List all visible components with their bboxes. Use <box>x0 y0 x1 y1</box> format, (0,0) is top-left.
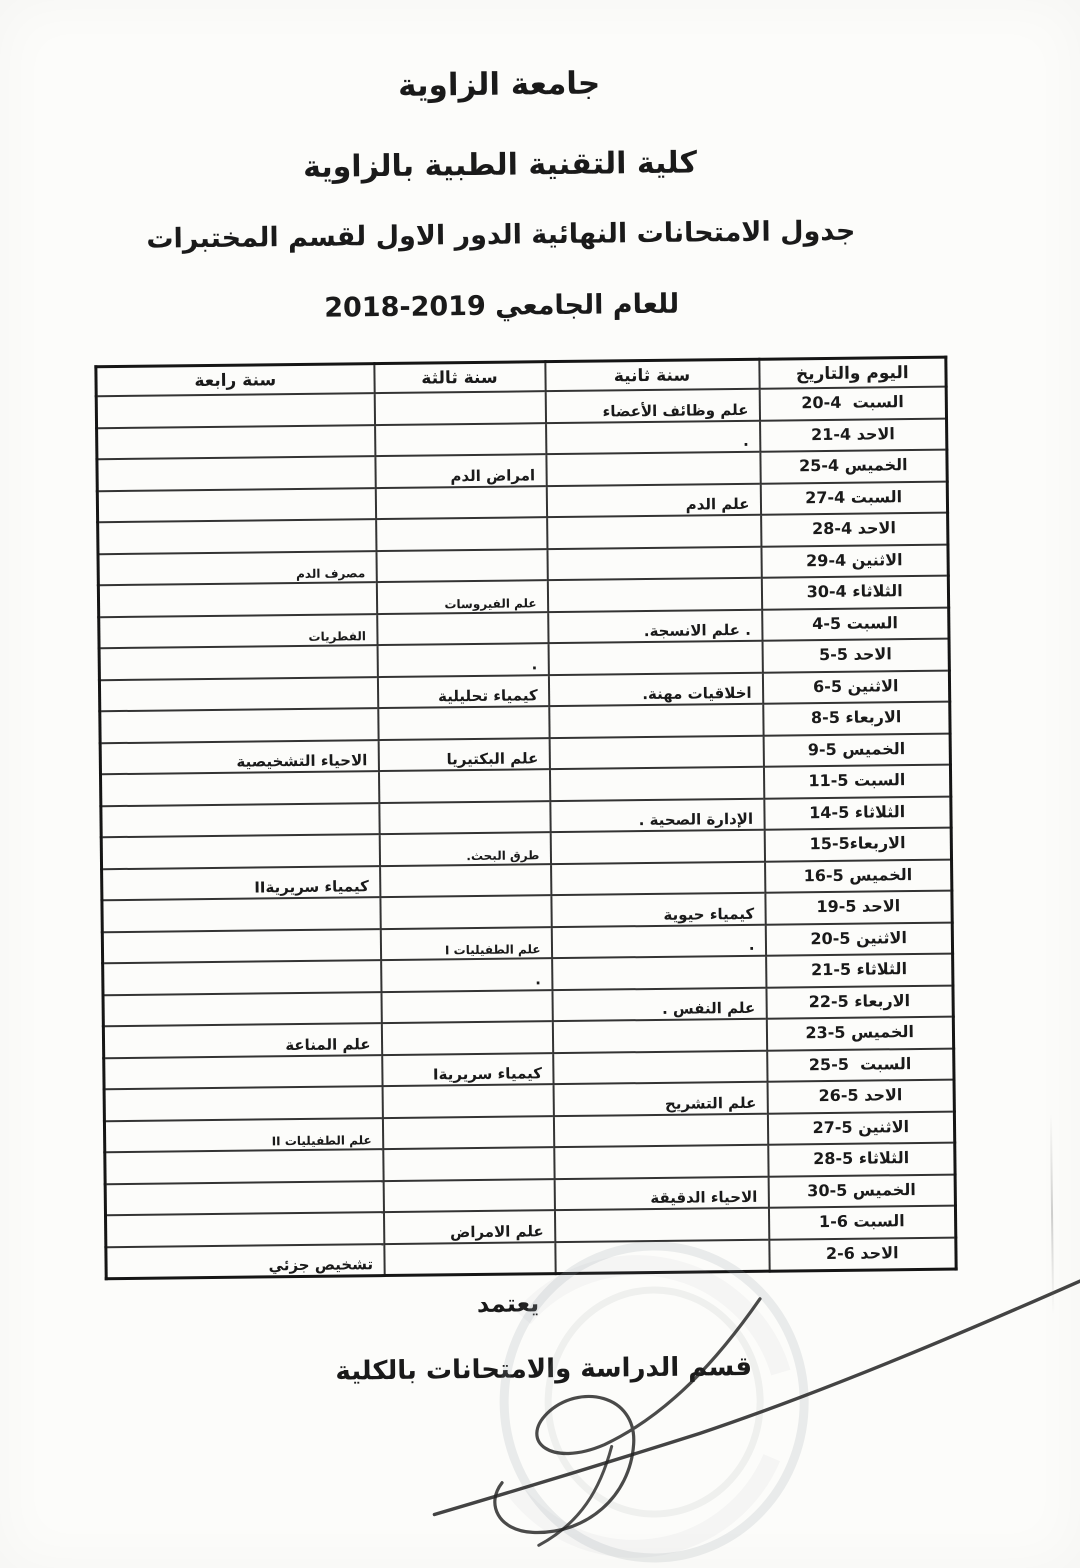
signature-and-stamp <box>387 1229 1080 1567</box>
date-cell: الثلاثاء 4-30 <box>761 576 948 610</box>
scan-tilt-layer: جامعة الزاوية كلية التقنية الطبية بالزاو… <box>0 0 1080 1568</box>
date-cell: الثلاثاء 5-14 <box>764 796 951 830</box>
subject-cell-year4 <box>102 929 380 964</box>
subject-cell-year2 <box>553 1050 767 1084</box>
subject-cell-year3: علم الفيروسات <box>376 580 547 613</box>
subject-cell-year2: . علم الانسجة. <box>548 609 762 643</box>
subject-cell-year3 <box>378 706 549 739</box>
subject-cell-year2: علم وظائف الأعضاء <box>545 389 759 423</box>
subject-cell-year3: طرق البحث. <box>379 832 550 865</box>
subject-cell-year4 <box>100 771 378 806</box>
signature-stroke <box>538 1446 613 1545</box>
subject-cell-year3: علم البكتيريا <box>378 738 549 771</box>
subject-cell-year3: علم الامراض <box>383 1210 554 1243</box>
subject-cell-year4: تشخيص جزئي <box>106 1244 384 1279</box>
date-cell: السبت 4-20 <box>759 387 946 421</box>
subject-cell-year3 <box>382 1116 553 1149</box>
subject-cell-year3 <box>379 801 550 834</box>
subject-cell-year4 <box>103 992 381 1027</box>
subject-cell-year3 <box>380 895 551 928</box>
subject-cell-year2 <box>547 546 761 580</box>
subject-cell-year2: علم الدم <box>546 483 760 517</box>
date-cell: الاحد 5-26 <box>767 1080 954 1114</box>
subject-cell-year2 <box>551 861 765 895</box>
subject-cell-year2: . <box>546 420 760 454</box>
subject-cell-year4 <box>99 645 377 680</box>
subject-cell-year4: كيمياء سريريةII <box>102 866 380 901</box>
date-cell: السبت 5-4 <box>762 607 949 641</box>
subject-cell-year3 <box>384 1242 555 1276</box>
subject-cell-year3 <box>378 769 549 802</box>
subject-cell-year4 <box>105 1149 383 1184</box>
subject-cell-year4 <box>101 834 379 869</box>
date-cell: السبت 4-27 <box>760 481 947 515</box>
subject-cell-year3 <box>377 612 548 645</box>
subject-cell-year4 <box>102 897 380 932</box>
subject-cell-year3 <box>376 549 547 582</box>
approval-label: يعتمد <box>8 1284 1008 1323</box>
subject-cell-year2 <box>549 767 763 801</box>
academic-year-title: للعام الجامعي 2019-2018 <box>0 285 1007 327</box>
date-cell: الخميس 5-16 <box>765 859 952 893</box>
subject-cell-year4 <box>103 960 381 995</box>
date-cell: الاثنين 5-20 <box>765 922 952 956</box>
subject-cell-year4 <box>104 1055 382 1090</box>
date-cell: السبت 5-11 <box>763 765 950 799</box>
subject-cell-year4: علم المناعة <box>103 1023 381 1058</box>
date-cell: الثلاثاء 5-28 <box>768 1143 955 1177</box>
subject-cell-year3 <box>382 1084 553 1117</box>
subject-cell-year4 <box>99 677 377 712</box>
subject-cell-year4: مصرف الدم <box>98 551 376 586</box>
exam-schedule-table: اليوم والتاريخسنة ثانيةسنة ثالثةسنة رابع… <box>94 356 957 1281</box>
subject-cell-year2 <box>547 515 761 549</box>
subject-cell-year3 <box>375 423 546 456</box>
schedule-title: جدول الامتحانات النهائية الدور الاول لقس… <box>0 214 1006 256</box>
date-cell: السبت 5-25 <box>767 1048 954 1082</box>
date-cell: الاثنين 5-6 <box>762 670 949 704</box>
subject-cell-year2 <box>552 956 766 990</box>
scan-crease <box>1050 1114 1054 1314</box>
column-header-year2: سنة ثانية <box>545 359 759 391</box>
date-cell: الاثنين 5-27 <box>767 1111 954 1145</box>
subject-cell-year4 <box>104 1086 382 1121</box>
subject-cell-year3 <box>374 391 545 424</box>
subject-cell-year2: الاحياء الدقيقة <box>554 1176 768 1210</box>
subject-cell-year4 <box>97 425 375 460</box>
subject-cell-year3 <box>381 990 552 1023</box>
subject-cell-year4 <box>98 519 376 554</box>
date-cell: الاحد 5-19 <box>765 891 952 925</box>
date-cell: الاحد 5-5 <box>762 639 949 673</box>
date-cell: السبت 6-1 <box>768 1206 955 1240</box>
subject-cell-year3 <box>375 486 546 519</box>
stamp-inner-ring <box>547 1289 762 1515</box>
subject-cell-year3: امراض الدم <box>375 454 546 487</box>
subject-cell-year3: علم الطفيليات I <box>380 927 551 960</box>
date-cell: الاحد 4-28 <box>761 513 948 547</box>
date-cell: الاحد 4-21 <box>760 418 947 452</box>
subject-cell-year4 <box>101 803 379 838</box>
subject-cell-year4 <box>97 488 375 523</box>
subject-cell-year2 <box>554 1208 768 1242</box>
subject-cell-year4 <box>98 582 376 617</box>
university-title: جامعة الزاوية <box>0 61 1004 108</box>
subject-cell-year2 <box>553 1113 767 1147</box>
subject-cell-year2: . <box>551 924 765 958</box>
subject-cell-year3 <box>381 1021 552 1054</box>
subject-cell-year2 <box>549 735 763 769</box>
date-cell: الخميس 5-9 <box>763 733 950 767</box>
column-header-date: اليوم والتاريخ <box>759 357 946 389</box>
subject-cell-year2: الإدارة الصحية . <box>550 798 764 832</box>
subject-cell-year2 <box>554 1145 768 1179</box>
subject-cell-year3 <box>376 517 547 550</box>
subject-cell-year4 <box>97 456 375 491</box>
stamp-texture-arc <box>515 1458 773 1551</box>
date-cell: الاربعاء5-15 <box>764 828 951 862</box>
subject-cell-year3: . <box>377 643 548 676</box>
department-label: قسم الدراسة والامتحانات بالكلية <box>9 1348 1079 1390</box>
date-cell: الاثنين 4-29 <box>761 544 948 578</box>
subject-cell-year2 <box>546 452 760 486</box>
date-cell: الاحد 6-2 <box>769 1237 956 1271</box>
college-title: كلية التقنية الطبية بالزاوية <box>0 142 1005 188</box>
date-cell: الاربعاء 5-22 <box>766 985 953 1019</box>
subject-cell-year2: اخلاقيات مهنة. <box>548 672 762 706</box>
subject-cell-year4 <box>100 708 378 743</box>
exam-schedule-table-wrap: اليوم والتاريخسنة ثانيةسنة ثالثةسنة رابع… <box>97 356 957 1281</box>
subject-cell-year2 <box>549 704 763 738</box>
date-cell: الخميس 5-30 <box>768 1174 955 1208</box>
subject-cell-year2 <box>548 641 762 675</box>
date-cell: الاربعاء 5-8 <box>763 702 950 736</box>
subject-cell-year2: كيمياء حيوية <box>551 893 765 927</box>
subject-cell-year3 <box>383 1179 554 1212</box>
subject-cell-year4 <box>105 1181 383 1216</box>
subject-cell-year2 <box>555 1239 769 1273</box>
subject-cell-year3 <box>383 1147 554 1180</box>
column-header-year3: سنة ثالثة <box>374 362 545 393</box>
subject-cell-year2 <box>552 1019 766 1053</box>
subject-cell-year4 <box>105 1212 383 1247</box>
subject-cell-year2: علم النفس . <box>552 987 766 1021</box>
subject-cell-year3 <box>380 864 551 897</box>
column-header-year4: سنة رابعة <box>96 364 374 397</box>
subject-cell-year3: كيمياء سريريةI <box>382 1053 553 1086</box>
date-cell: الخميس 5-23 <box>766 1017 953 1051</box>
date-cell: الخميس 4-25 <box>760 450 947 484</box>
subject-cell-year4 <box>96 393 374 428</box>
subject-cell-year3: كيمياء تحليلية <box>377 675 548 708</box>
scanned-document-page: جامعة الزاوية كلية التقنية الطبية بالزاو… <box>0 0 1080 1568</box>
date-cell: الثلاثاء 5-21 <box>766 954 953 988</box>
subject-cell-year4: علم الطفيليات II <box>104 1118 382 1153</box>
subject-cell-year4: الفطريات <box>99 614 377 649</box>
subject-cell-year3: . <box>381 958 552 991</box>
subject-cell-year2 <box>547 578 761 612</box>
signature-stroke <box>493 1299 763 1533</box>
subject-cell-year4: الاحياء التشخيصية <box>100 740 378 775</box>
subject-cell-year2 <box>550 830 764 864</box>
subject-cell-year2: علم التشريح <box>553 1082 767 1116</box>
